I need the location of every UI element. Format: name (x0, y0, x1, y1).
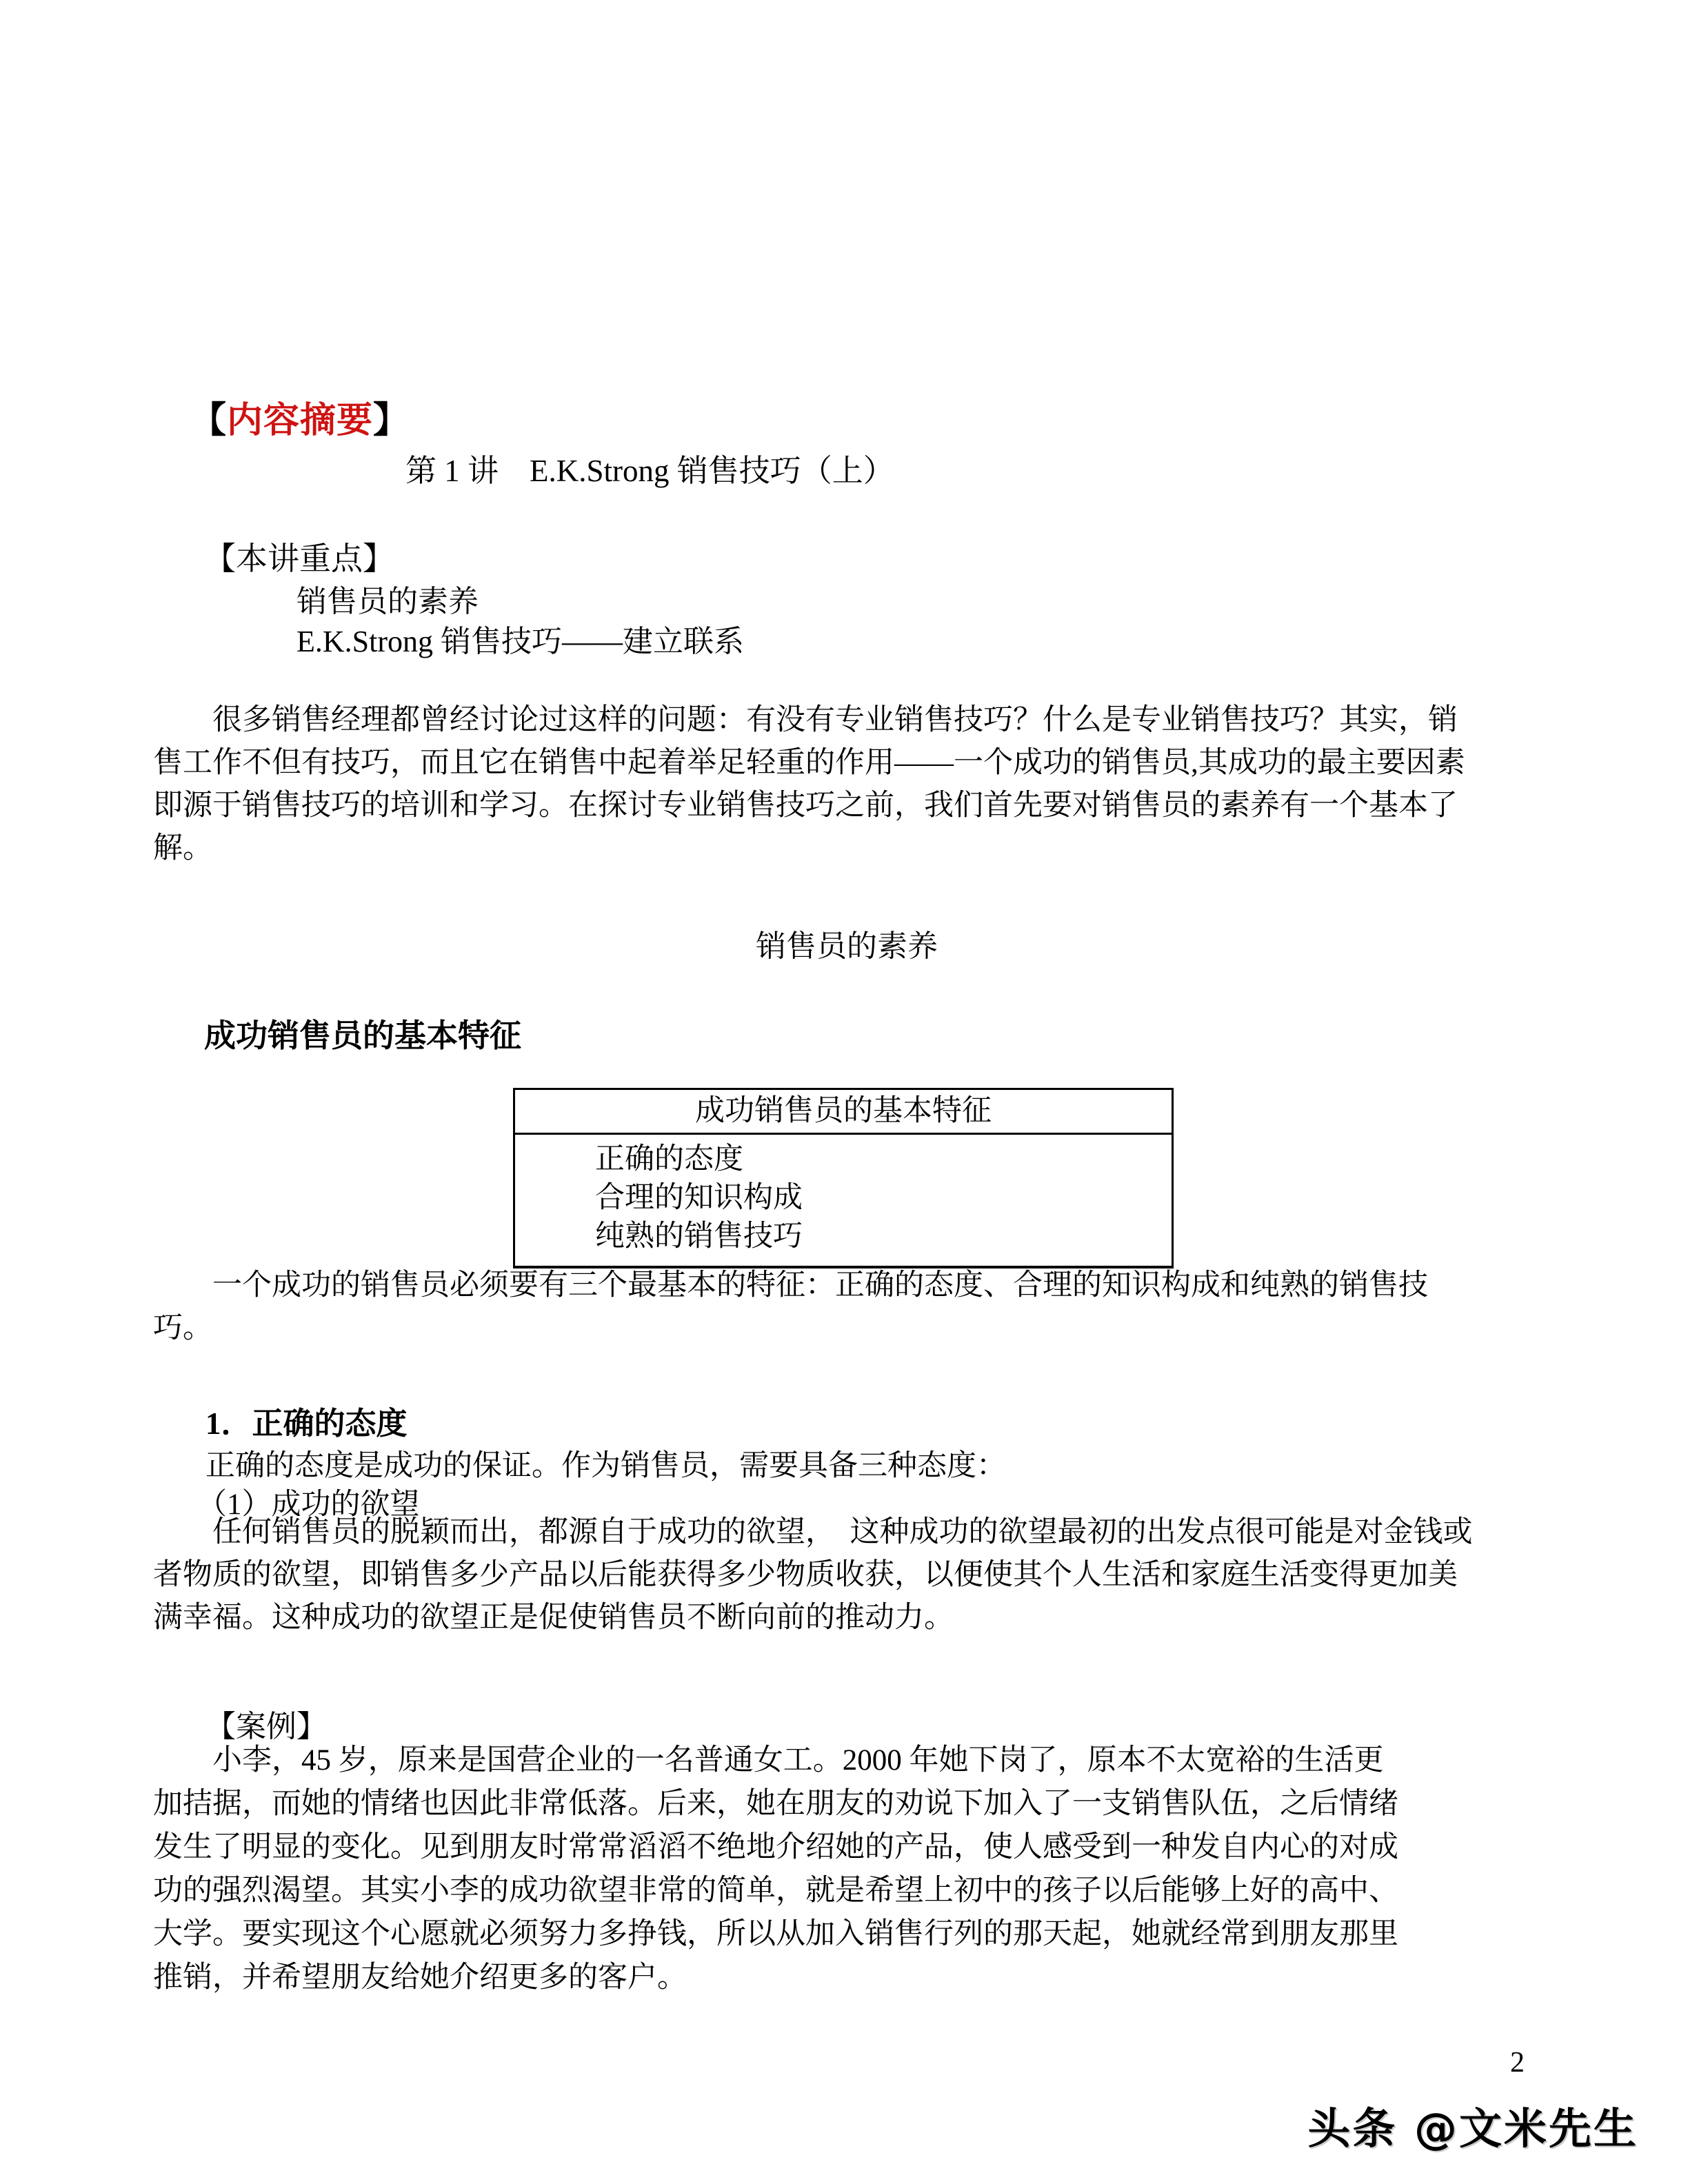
abstract-close-bracket: 】 (373, 401, 410, 441)
attitude-paragraph: 任何销售员的脱颖而出，都源自于成功的欲望， 这种成功的欲望最初的出发点很可能是对… (153, 1511, 1540, 1639)
quality-section-title: 销售员的素养 (153, 921, 1540, 965)
table-row: 合理的知识构成 (595, 1179, 1165, 1217)
case-paragraph: 小李，45 岁，原来是国营企业的一名普通女工。2000 年她下岗了，原本不太宽裕… (153, 1739, 1540, 1999)
document-page: 【内容摘要】 第 1 讲 E.K.Strong 销售技巧（上） 【本讲重点】 销… (0, 0, 1688, 2184)
attitude-heading: 1．正确的态度 (205, 1398, 408, 1443)
abstract-heading: 【内容摘要】 (152, 350, 410, 483)
key-point-item: 销售员的素养 (297, 582, 744, 622)
key-points-heading: 【本讲重点】 (204, 534, 394, 579)
table-row: 纯熟的销售技巧 (595, 1217, 1165, 1256)
page-number: 2 (1510, 2046, 1525, 2079)
abstract-title: 内容摘要 (227, 401, 373, 441)
lecture-title: 第 1 讲 E.K.Strong 销售技巧（上） (405, 445, 894, 490)
key-points-list: 销售员的素养 E.K.Strong 销售技巧——建立联系 (297, 582, 744, 662)
abstract-open-bracket: 【 (190, 401, 227, 441)
table-row: 正确的态度 (595, 1140, 1165, 1179)
features-table: 成功销售员的基本特征 正确的态度 合理的知识构成 纯熟的销售技巧 (513, 1088, 1174, 1268)
summary-paragraph: 一个成功的销售员必须要有三个最基本的特征：正确的态度、合理的知识构成和纯熟的销售… (153, 1264, 1540, 1350)
attitude-lead-sentence: 正确的态度是成功的保证。作为销售员，需要具备三种态度： (205, 1442, 1006, 1484)
key-point-item: E.K.Strong 销售技巧——建立联系 (297, 622, 744, 662)
quality-subheading: 成功销售员的基本特征 (204, 1011, 521, 1056)
features-table-header: 成功销售员的基本特征 (515, 1090, 1172, 1135)
intro-paragraph: 很多销售经理都曾经讨论过这样的问题：有没有专业销售技巧？什么是专业销售技巧？其实… (153, 699, 1540, 870)
features-table-body: 正确的态度 合理的知识构成 纯熟的销售技巧 (515, 1135, 1172, 1266)
watermark: 头条 @文米先生 (1307, 2094, 1638, 2156)
